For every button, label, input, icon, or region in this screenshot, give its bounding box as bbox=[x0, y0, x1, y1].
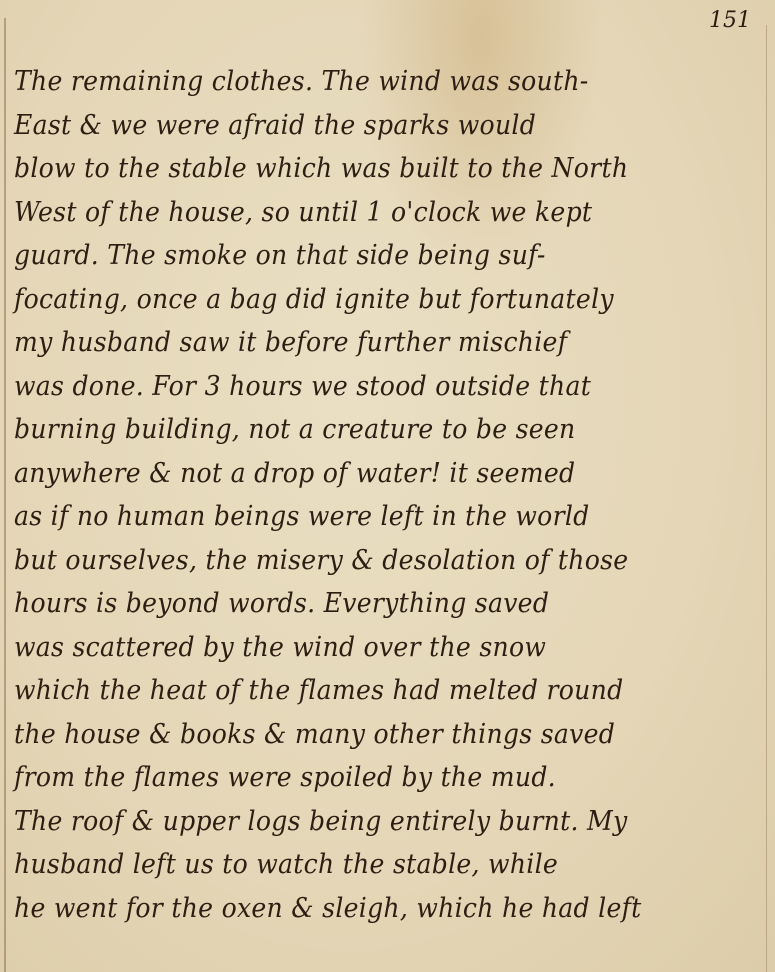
text-line: The roof & upper logs being entirely bur… bbox=[14, 800, 712, 844]
text-line: husband left us to watch the stable, whi… bbox=[14, 843, 712, 887]
text-line: which the heat of the flames had melted … bbox=[14, 669, 712, 713]
text-line: anywhere & not a drop of water! it seeme… bbox=[14, 452, 712, 496]
text-line: guard. The smoke on that side being suf- bbox=[14, 234, 712, 278]
text-line: was done. For 3 hours we stood outside t… bbox=[14, 365, 712, 409]
text-line: hours is beyond words. Everything saved bbox=[14, 582, 712, 626]
text-line: was scattered by the wind over the snow bbox=[14, 626, 712, 670]
text-line: he went for the oxen & sleigh, which he … bbox=[14, 887, 712, 931]
text-line: as if no human beings were left in the w… bbox=[14, 495, 712, 539]
manuscript-page: 151 The remaining clothes. The wind was … bbox=[0, 0, 775, 972]
text-line: burning building, not a creature to be s… bbox=[14, 408, 712, 452]
text-line: the house & books & many other things sa… bbox=[14, 713, 712, 757]
page-edge bbox=[766, 25, 767, 972]
text-line: The remaining clothes. The wind was sout… bbox=[14, 60, 712, 104]
text-line: focating, once a bag did ignite but fort… bbox=[14, 278, 712, 322]
handwritten-text: The remaining clothes. The wind was sout… bbox=[14, 60, 765, 930]
text-line: West of the house, so until 1 o'clock we… bbox=[14, 191, 712, 235]
text-line: my husband saw it before further mischie… bbox=[14, 321, 712, 365]
text-line: but ourselves, the misery & desolation o… bbox=[14, 539, 712, 583]
text-line: blow to the stable which was built to th… bbox=[14, 147, 712, 191]
binding-edge bbox=[4, 18, 6, 972]
page-number: 151 bbox=[709, 8, 751, 33]
text-line: East & we were afraid the sparks would bbox=[14, 104, 712, 148]
text-line: from the flames were spoiled by the mud. bbox=[14, 756, 712, 800]
